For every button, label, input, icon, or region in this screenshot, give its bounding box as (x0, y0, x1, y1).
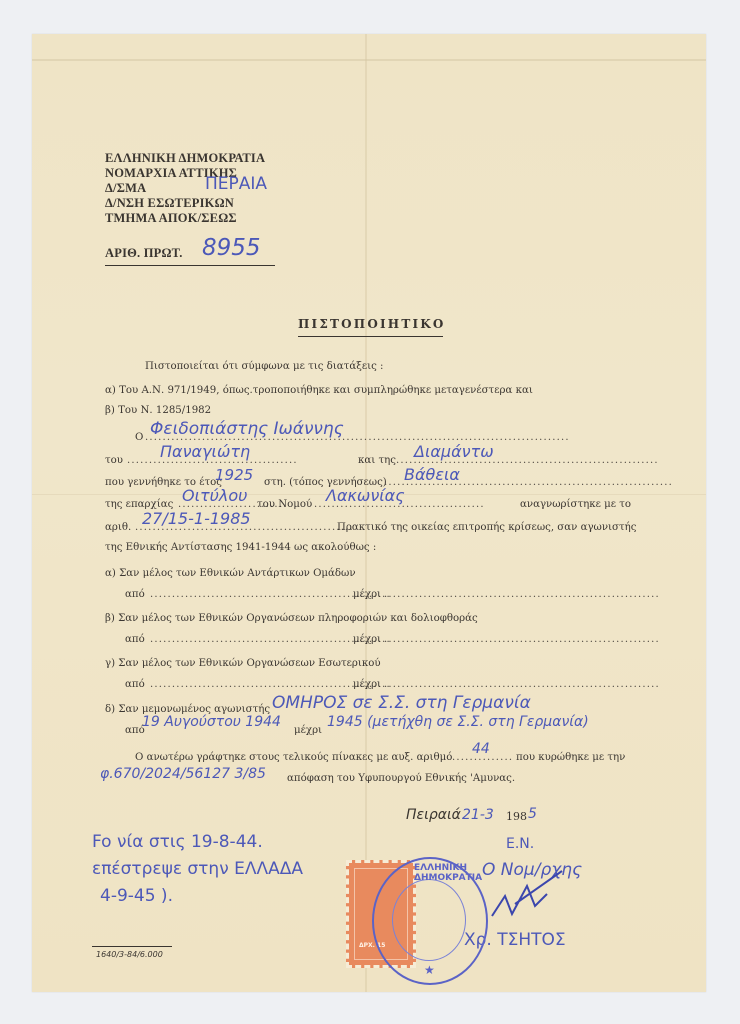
seal-star-icon: ★ (424, 963, 435, 977)
fold-line-vertical (365, 34, 367, 992)
protocol-number: 8955 (202, 235, 261, 261)
fold-line-horizontal (32, 59, 706, 61)
signature-scribble-icon (487, 866, 567, 926)
category-d-to-label: μέχρι (294, 725, 322, 736)
o-label: Ο (135, 432, 143, 443)
official-seal-text: ΕΛΛΗΝΙΚΗ ΔΗΜΟΚΡΑΤΙΑ (414, 863, 486, 883)
mother-name: Διαμάντω (414, 442, 494, 461)
province: Οιτύλου (182, 486, 247, 505)
date-year-hand: 5 (528, 806, 537, 822)
category-c-from-label: από (125, 679, 145, 690)
ratified-text: που κυρώθηκε με την (516, 752, 625, 763)
prefecture: Λακωνίας (326, 486, 405, 505)
recognized-label: αναγνωρίστηκε με το (520, 499, 631, 510)
protocol-underline (105, 265, 275, 266)
category-b-label: β) Σαν μέλος των Εθνικών Οργανώσεων πληρ… (105, 613, 478, 624)
decision-text: απόφαση του Υφυπουργού Εθνικής 'Αμυνας. (287, 773, 515, 784)
title-underline (298, 336, 443, 337)
category-c-to-dots: ........................................… (384, 679, 660, 690)
official-seal-inner-ring (392, 879, 466, 961)
signature-line-1: Ε.Ν. (506, 836, 534, 852)
resistance-text: της Εθνικής Αντίστασης 1941-1944 ως ακολ… (105, 542, 376, 553)
note-line-1: Fo νία στις 19-8-44. (92, 832, 263, 852)
birthplace: Βάθεια (404, 465, 460, 484)
registered-number: 44 (472, 741, 490, 757)
category-b-to-label: μέχρι (353, 634, 381, 645)
provision-a: α) Του Α.Ν. 971/1949, όπως.τροποποιήθηκε… (105, 385, 533, 396)
father-label: του (105, 455, 123, 466)
category-d-to: 1945 (μετήχθη σε Σ.Σ. στη Γερμανία) (327, 714, 589, 730)
born-year: 1925 (215, 466, 253, 484)
header-dsma-handwritten: ΠΕΡΑΙΑ (205, 174, 267, 194)
header-line-1: ΕΛΛΗΝΙΚΗ ΔΗΜΟΚΡΑΤΙΑ (105, 151, 265, 166)
category-b-to-dots: ........................................… (384, 634, 660, 645)
committee-text: Πρακτικό της οικείας επιτροπής κρίσεως, … (337, 522, 636, 533)
page-title: ΠΙΣΤΟΠΟΙΗΤΙΚΟ (298, 317, 446, 331)
category-d-handwritten: ΟΜΗΡΟΣ σε Σ.Σ. στη Γερμανία (272, 693, 531, 713)
footer-rule (92, 946, 172, 947)
header-line-3: Δ/ΣΜΑ (105, 181, 146, 196)
category-a-from-label: από (125, 589, 145, 600)
certificate-paper: ΕΛΛΗΝΙΚΗ ΔΗΜΟΚΡΑΤΙΑ ΝΟΜΑΡΧΙΑ ΑΤΤΙΚΗΣ Δ/Σ… (32, 34, 706, 992)
category-a-to-dots: ........................................… (384, 589, 660, 600)
mother-label: και της (358, 455, 396, 466)
registered-text: Ο ανωτέρω γράφτηκε στους τελικούς πίνακε… (135, 752, 452, 763)
person-name: Φειδοπιάστης Ιωάννης (150, 419, 344, 439)
category-c-to-label: μέχρι (353, 679, 381, 690)
decision-number: φ.670/2024/56127 3/85 (100, 766, 266, 782)
prefecture-label: του Νομού (257, 499, 312, 510)
protocol-label: ΑΡΙΘ. ΠΡΩΤ. (105, 246, 183, 261)
note-line-3: 4-9-45 ). (100, 886, 173, 906)
category-a-label: α) Σαν μέλος των Εθνικών Αντάρτικων Ομάδ… (105, 568, 356, 579)
father-name: Παναγιώτη (160, 442, 250, 461)
category-d-from: 19 Αυγούστου 1944 (142, 714, 281, 730)
official-seal: ΕΛΛΗΝΙΚΗ ΔΗΜΟΚΡΑΤΙΑ ★ (372, 857, 488, 985)
category-a-to-label: μέχρι (353, 589, 381, 600)
category-b-from-label: από (125, 634, 145, 645)
arith-label: αριθ. (105, 522, 131, 533)
category-c-label: γ) Σαν μέλος των Εθνικών Οργανώσεων Εσωτ… (105, 658, 381, 669)
footer-code: 1640/3-84/6.000 (96, 950, 163, 959)
place: Πειραιά (406, 807, 461, 823)
header-line-4: Δ/ΝΣΗ ΕΣΩΤΕΡΙΚΩΝ (105, 196, 234, 211)
header-line-5: ΤΜΗΜΑ ΑΠΟΚ/ΣΕΩΣ (105, 211, 237, 226)
date-year-print: 198 (506, 810, 527, 823)
date-day-month: 21-3 (462, 807, 494, 823)
intro-text: Πιστοποιείται ότι σύμφωνα με τις διατάξε… (145, 361, 383, 372)
provision-b: β) Του Ν. 1285/1982 (105, 405, 211, 416)
note-line-2: επέστρεψε στην ΕΛΛΑΔΑ (92, 859, 303, 879)
arith-value: 27/15-1-1985 (142, 509, 251, 528)
